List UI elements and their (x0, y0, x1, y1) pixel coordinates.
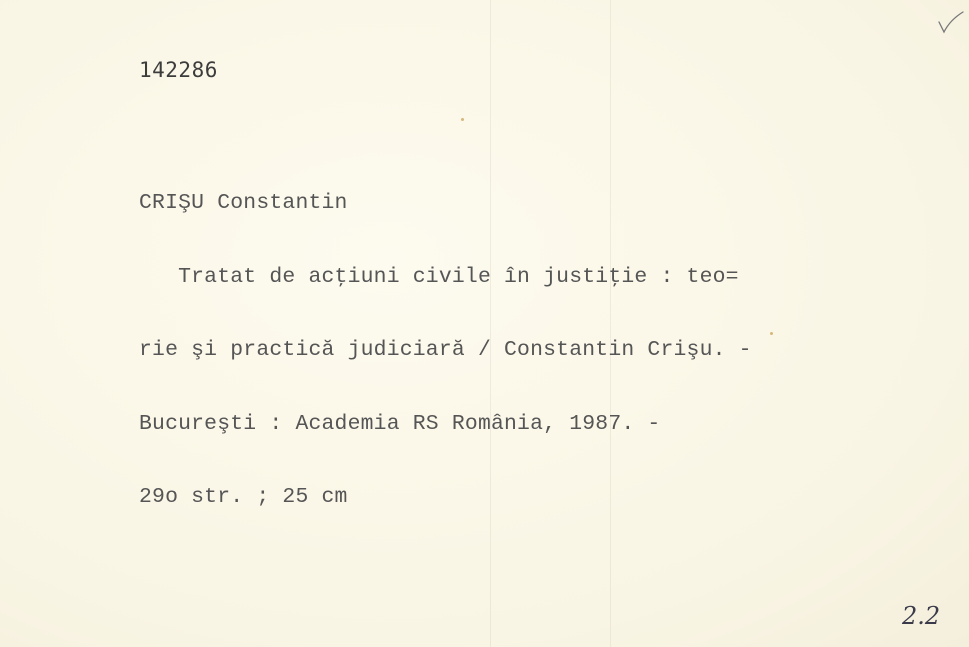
publication-line: Bucureşti : Academia RS România, 1987. - (139, 412, 752, 437)
check-icon (935, 8, 965, 38)
author-heading: CRIŞU Constantin (139, 191, 752, 216)
title-line-2: rie şi practică judiciară / Constantin C… (139, 338, 752, 363)
paper-speck (461, 118, 464, 121)
bibliographic-entry: CRIŞU Constantin Tratat de acţiuni civil… (139, 142, 752, 559)
title-line-1: Tratat de acţiuni civile în justiţie : t… (139, 265, 752, 290)
handwritten-shelf-mark: 2.2 (902, 602, 940, 630)
catalog-card: 142286 CRIŞU Constantin Tratat de acţiun… (0, 0, 969, 647)
physical-description: 29o str. ; 25 cm (139, 485, 752, 510)
paper-speck (770, 332, 773, 335)
call-number: 142286 (139, 58, 218, 82)
